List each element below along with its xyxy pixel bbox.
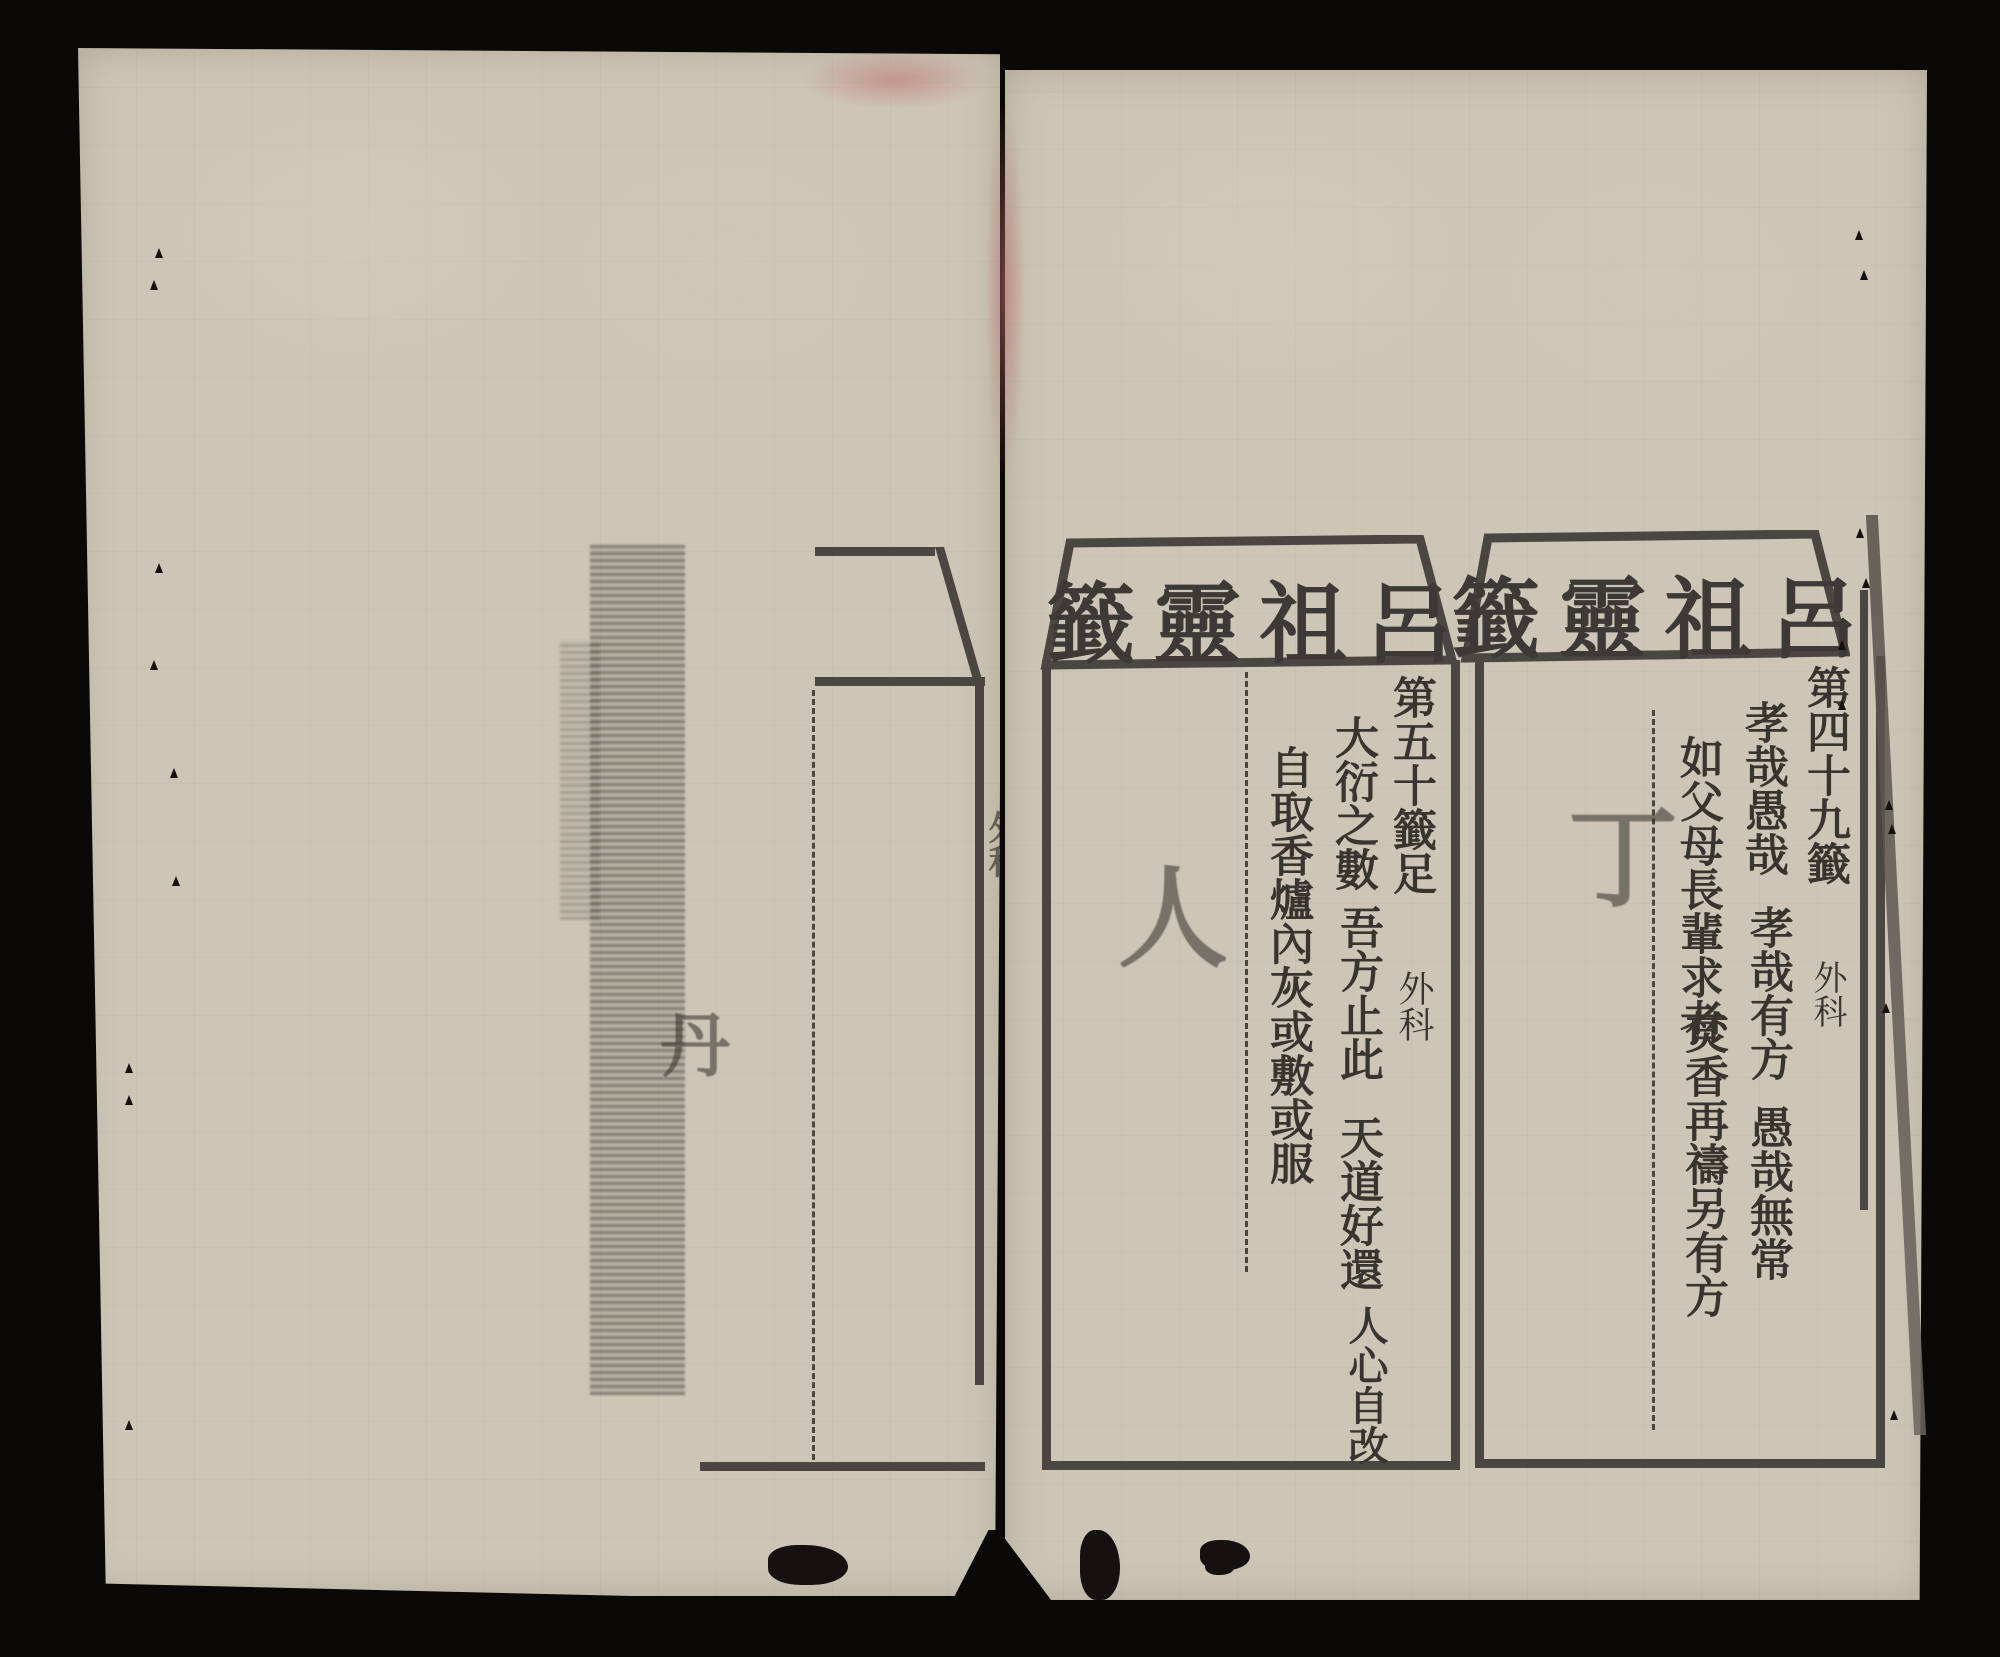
slip-49-faded-figure: 丁	[1535, 800, 1693, 910]
slip-49-number: 第四十九籤	[1802, 665, 1846, 885]
slip-49-instruction-2: 焚香再禱另有方	[1680, 1010, 1724, 1318]
partial-slip-dashed-rule	[812, 690, 815, 1460]
slip-50-number: 第五十籤足	[1388, 675, 1432, 895]
slip-50-dashed-rule	[1245, 672, 1248, 1272]
slip-50-faded-figure: 人	[1085, 860, 1243, 970]
ghost-character: 丹	[660, 990, 730, 1091]
worm-damage	[768, 1545, 848, 1585]
red-stain-spine	[985, 100, 1025, 480]
slip-49-line-2: 孝哉有方	[1745, 905, 1789, 1081]
slip-50-line-2: 吾方止此	[1335, 905, 1379, 1081]
red-stain-top-left	[800, 50, 990, 110]
slip-50-line-1: 大衍之數	[1330, 715, 1374, 891]
partial-slip-bottom	[700, 1462, 985, 1471]
partial-slip-right-edge	[975, 680, 984, 1385]
slip-50-category: 外科	[1395, 970, 1431, 1042]
slip-50-line-3: 天道好還	[1335, 1115, 1379, 1291]
partial-slip-frame	[815, 547, 935, 556]
slip-49-category: 外科	[1810, 960, 1844, 1028]
slip-50-instruction: 自取香爐內灰或敷或服	[1265, 745, 1309, 1185]
left-leaf	[78, 48, 1000, 1596]
slip-49-worm-damage	[1205, 1555, 1235, 1575]
bleed-through-column-2	[560, 640, 600, 920]
bleed-through-column	[590, 545, 685, 1395]
slip-49-inner-rule	[1860, 590, 1868, 1210]
slip-50-line-4: 人心自改	[1345, 1305, 1385, 1465]
slip-49-line-1: 孝哉愚哉	[1740, 700, 1784, 876]
slip-49-line-3: 愚哉無常	[1745, 1105, 1789, 1281]
partial-slip-crossbar	[815, 677, 985, 686]
